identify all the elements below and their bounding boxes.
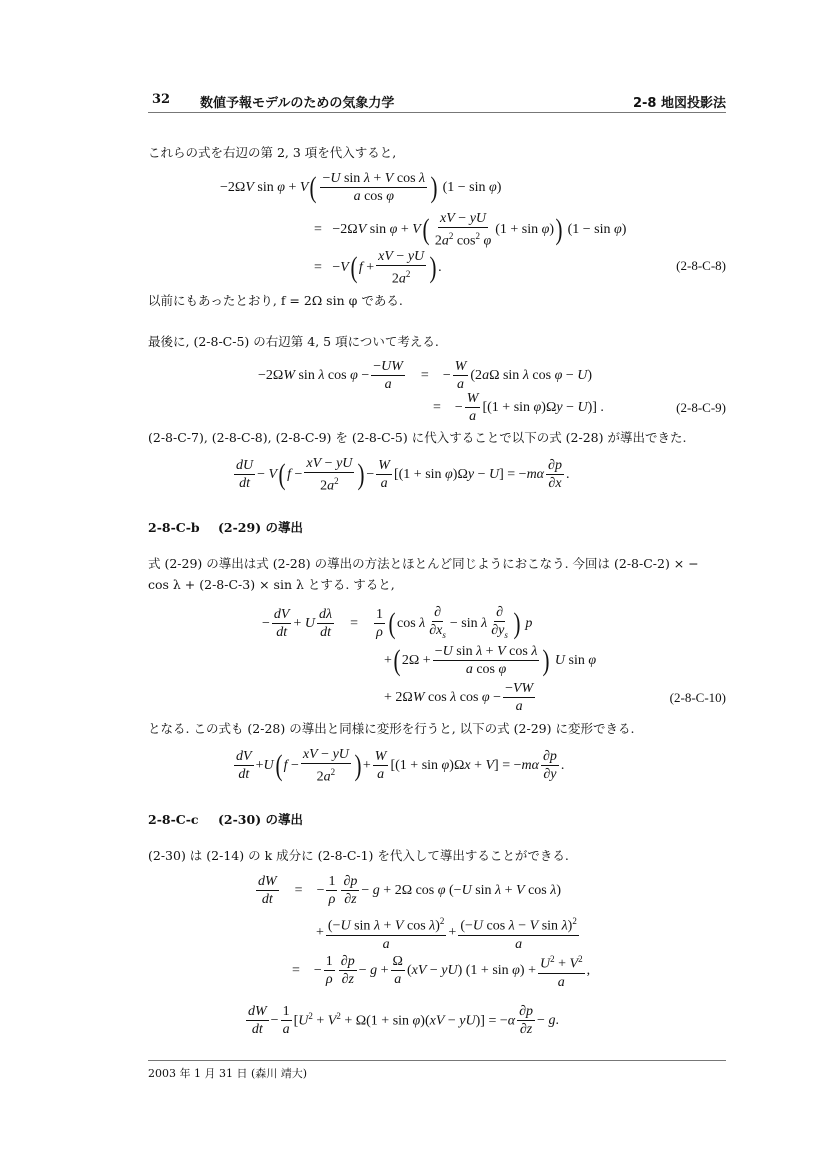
equation-tag: (2-8-C-10) [670, 690, 726, 706]
paragraph: これらの式を右辺の第 2, 3 項を代入すると, [148, 143, 396, 163]
equation-c8-line3: = −V ( f + xV − yU2a2 ). [314, 248, 442, 288]
equation-c9-line2: = − Wa [(1 + sin φ)Ωy − U)] . [433, 390, 604, 425]
equation-2-29: dVdt +U ( f − xV − yU2a2 ) + Wa [(1 + si… [232, 746, 564, 786]
paragraph: 式 (2-29) の導出は式 (2-28) の導出の方法とほとんど同じようにおこ… [148, 554, 699, 574]
equation-c10-line3: + 2ΩW cos λ cos φ − −VWa [384, 680, 537, 715]
section-heading-2-8-c-b: 2-8-C-b(2-29) の導出 [148, 518, 303, 536]
equation-w-line2: + (−U sin λ + V cos λ)2a + (−U cos λ − V… [316, 913, 581, 953]
equation-2-30: dWdt − 1a [U2 + V2 + Ω(1 + sin φ)(xV − y… [244, 1003, 559, 1038]
paragraph: (2-8-C-7), (2-8-C-8), (2-8-C-9) を (2-8-C… [148, 428, 686, 448]
equation-2-28: dUdt − V ( f − xV − yU2a2 ) − Wa [(1 + s… [232, 455, 569, 495]
equation-c8-line1: −2ΩV sin φ + V ( −U sin λ + V cos λa cos… [220, 170, 501, 205]
running-header: 32 数値予報モデルのための気象力学 2-8 地図投影法 [148, 92, 726, 112]
equation-c10-line2: + ( 2Ω + −U sin λ + V cos λa cos φ ) U s… [384, 643, 596, 678]
equation-c9-line1: −2ΩW sin λ cos φ − −UWa = − Wa (2aΩ sin … [258, 358, 592, 393]
paragraph: cos λ + (2-8-C-3) × sin λ とする. すると, [148, 575, 395, 595]
book-title: 数値予報モデルのための気象力学 [200, 92, 394, 111]
section-title: 2-8 地図投影法 [633, 92, 726, 111]
equation-c8-line2: = −2ΩV sin φ + V ( xV − yU2a2 cos2 φ (1 … [314, 210, 626, 250]
equation-w-line3: = − 1ρ ∂p∂z − g + Ωa (xV − yU) (1 + sin … [292, 951, 590, 991]
paragraph: 最後に, (2-8-C-5) の右辺第 4, 5 項について考える. [148, 332, 439, 352]
equation-tag: (2-8-C-8) [676, 258, 726, 274]
equation-w-line1: dWdt = − 1ρ ∂p∂z − g + 2Ω cos φ (−U sin … [254, 873, 561, 908]
equation-tag: (2-8-C-9) [676, 400, 726, 416]
paragraph: (2-30) は (2-14) の k 成分に (2-8-C-1) を代入して導… [148, 846, 569, 866]
section-heading-2-8-c-c: 2-8-C-c(2-30) の導出 [148, 810, 303, 828]
equation-c10-line1: − dVdt + U dλdt = 1ρ ( cos λ ∂∂xs − sin … [262, 604, 532, 644]
footer-date-author: 2003 年 1 月 31 日 (森川 靖大) [148, 1065, 307, 1081]
paragraph: となる. この式も (2-28) の導出と同様に変形を行うと, 以下の式 (2-… [148, 719, 634, 739]
header-rule [148, 112, 726, 113]
footer-rule [148, 1060, 726, 1061]
page-number: 32 [152, 92, 170, 107]
paragraph: 以前にもあったとおり, f = 2Ω sin φ である. [148, 291, 403, 311]
